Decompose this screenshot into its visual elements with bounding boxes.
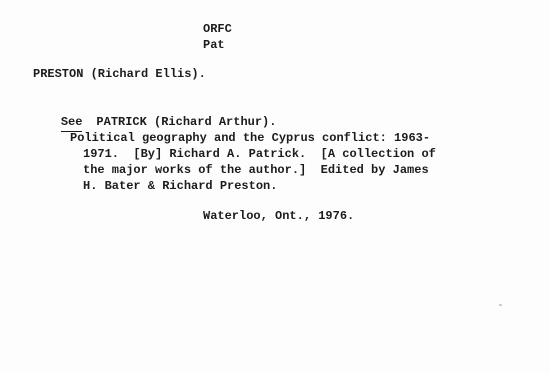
note-line: the major works of the author.] Edited b… <box>83 162 436 178</box>
note-paragraph: Political geography and the Cyprus confl… <box>70 130 436 194</box>
note-line: Political geography and the Cyprus confl… <box>70 130 436 146</box>
imprint-line: Waterloo, Ont., 1976. <box>203 208 354 224</box>
entry-heading: PRESTON (Richard Ellis). <box>33 66 206 82</box>
note-line: 1971. [By] Richard A. Patrick. [A collec… <box>83 146 436 162</box>
note-line: H. Bater & Richard Preston. <box>83 178 436 194</box>
paper-speck <box>499 304 502 306</box>
see-reference-target: PATRICK (Richard Arthur). <box>96 115 276 129</box>
call-number-cutter: Pat <box>203 37 225 53</box>
catalog-card: ORFC Pat PRESTON (Richard Ellis). SeePAT… <box>0 0 550 374</box>
call-number-code: ORFC <box>203 21 232 37</box>
